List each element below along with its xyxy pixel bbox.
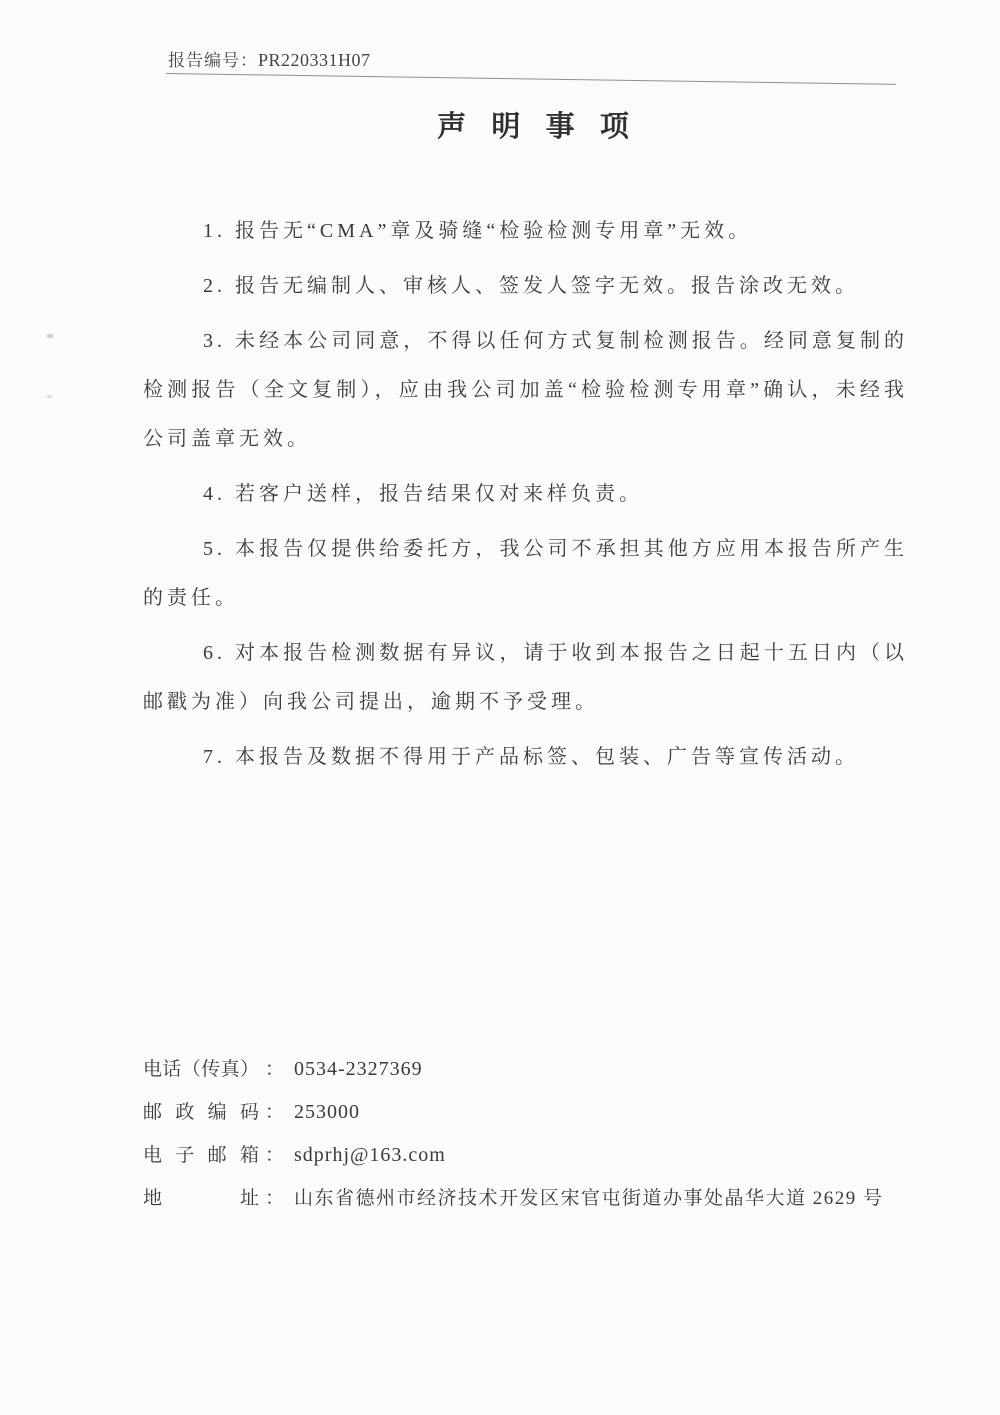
declaration-item-5: 5. 本报告仅提供给委托方，我公司不承担其他方应用本报告所产生的责任。 [143, 525, 908, 623]
contact-value-email: sdprhj@163.com [294, 1144, 446, 1166]
item-number: 2. [203, 275, 226, 297]
contact-row-phone: 电话（传真）：0534-2327369 [143, 1048, 943, 1091]
item-text: 未经本公司同意，不得以任何方式复制检测报告。经同意复制的检测报告（全文复制），应… [143, 330, 908, 450]
contact-colon: ： [265, 1188, 284, 1209]
declaration-item-3: 3. 未经本公司同意，不得以任何方式复制检测报告。经同意复制的检测报告（全文复制… [143, 317, 908, 464]
item-number: 6. [203, 642, 226, 664]
contact-label: 电话（传真） [143, 1048, 259, 1091]
contact-colon: ： [265, 1059, 284, 1080]
contact-info: 电话（传真）：0534-2327369 邮政编码：253000 电子邮箱：sdp… [143, 1048, 943, 1220]
contact-label: 电子邮箱 [143, 1134, 259, 1177]
contact-row-email: 电子邮箱：sdprhj@163.com [143, 1134, 943, 1177]
contact-value-postcode: 253000 [294, 1101, 360, 1123]
declaration-item-2: 2. 报告无编制人、审核人、签发人签字无效。报告涂改无效。 [143, 262, 908, 311]
contact-colon: ： [265, 1145, 284, 1166]
report-number-label: 报告编号： [168, 51, 258, 70]
item-number: 5. [203, 538, 226, 560]
contact-row-postcode: 邮政编码：253000 [143, 1091, 943, 1134]
report-number: 报告编号：PR220331H07 [168, 46, 371, 71]
declaration-item-4: 4. 若客户送样，报告结果仅对来样负责。 [143, 470, 908, 519]
item-number: 4. [203, 483, 226, 505]
item-text: 报告无“CMA”章及骑缝“检验检测专用章”无效。 [235, 220, 752, 242]
contact-value-phone: 0534-2327369 [294, 1058, 423, 1080]
header-divider-line [166, 73, 896, 85]
declaration-item-1: 1. 报告无“CMA”章及骑缝“检验检测专用章”无效。 [143, 207, 908, 256]
item-text: 本报告及数据不得用于产品标签、包装、广告等宣传活动。 [235, 746, 859, 768]
contact-colon: ： [265, 1102, 284, 1123]
item-text: 对本报告检测数据有异议，请于收到本报告之日起十五日内（以邮戳为准）向我公司提出，… [143, 642, 908, 713]
declaration-item-7: 7. 本报告及数据不得用于产品标签、包装、广告等宣传活动。 [143, 733, 908, 782]
contact-row-address: 地址：山东省德州市经济技术开发区宋官屯街道办事处晶华大道 2629 号 [143, 1177, 943, 1220]
report-number-value: PR220331H07 [258, 50, 371, 70]
scan-speck [47, 395, 52, 398]
report-declarations-page: 报告编号：PR220331H07 声 明 事 项 1. 报告无“CMA”章及骑缝… [0, 0, 1000, 1415]
declaration-list: 1. 报告无“CMA”章及骑缝“检验检测专用章”无效。 2. 报告无编制人、审核… [143, 207, 908, 788]
declaration-item-6: 6. 对本报告检测数据有异议，请于收到本报告之日起十五日内（以邮戳为准）向我公司… [143, 629, 908, 727]
contact-value-address: 山东省德州市经济技术开发区宋官屯街道办事处晶华大道 2629 号 [294, 1188, 884, 1209]
page-title: 声 明 事 项 [143, 104, 908, 145]
item-number: 7. [203, 746, 226, 768]
contact-label: 地址 [143, 1177, 259, 1220]
scan-speck [47, 334, 53, 338]
item-number: 1. [203, 220, 226, 242]
item-text: 本报告仅提供给委托方，我公司不承担其他方应用本报告所产生的责任。 [143, 538, 908, 609]
item-number: 3. [203, 330, 226, 352]
item-text: 报告无编制人、审核人、签发人签字无效。报告涂改无效。 [235, 275, 859, 297]
contact-label: 邮政编码 [143, 1091, 259, 1134]
item-text: 若客户送样，报告结果仅对来样负责。 [235, 483, 643, 505]
